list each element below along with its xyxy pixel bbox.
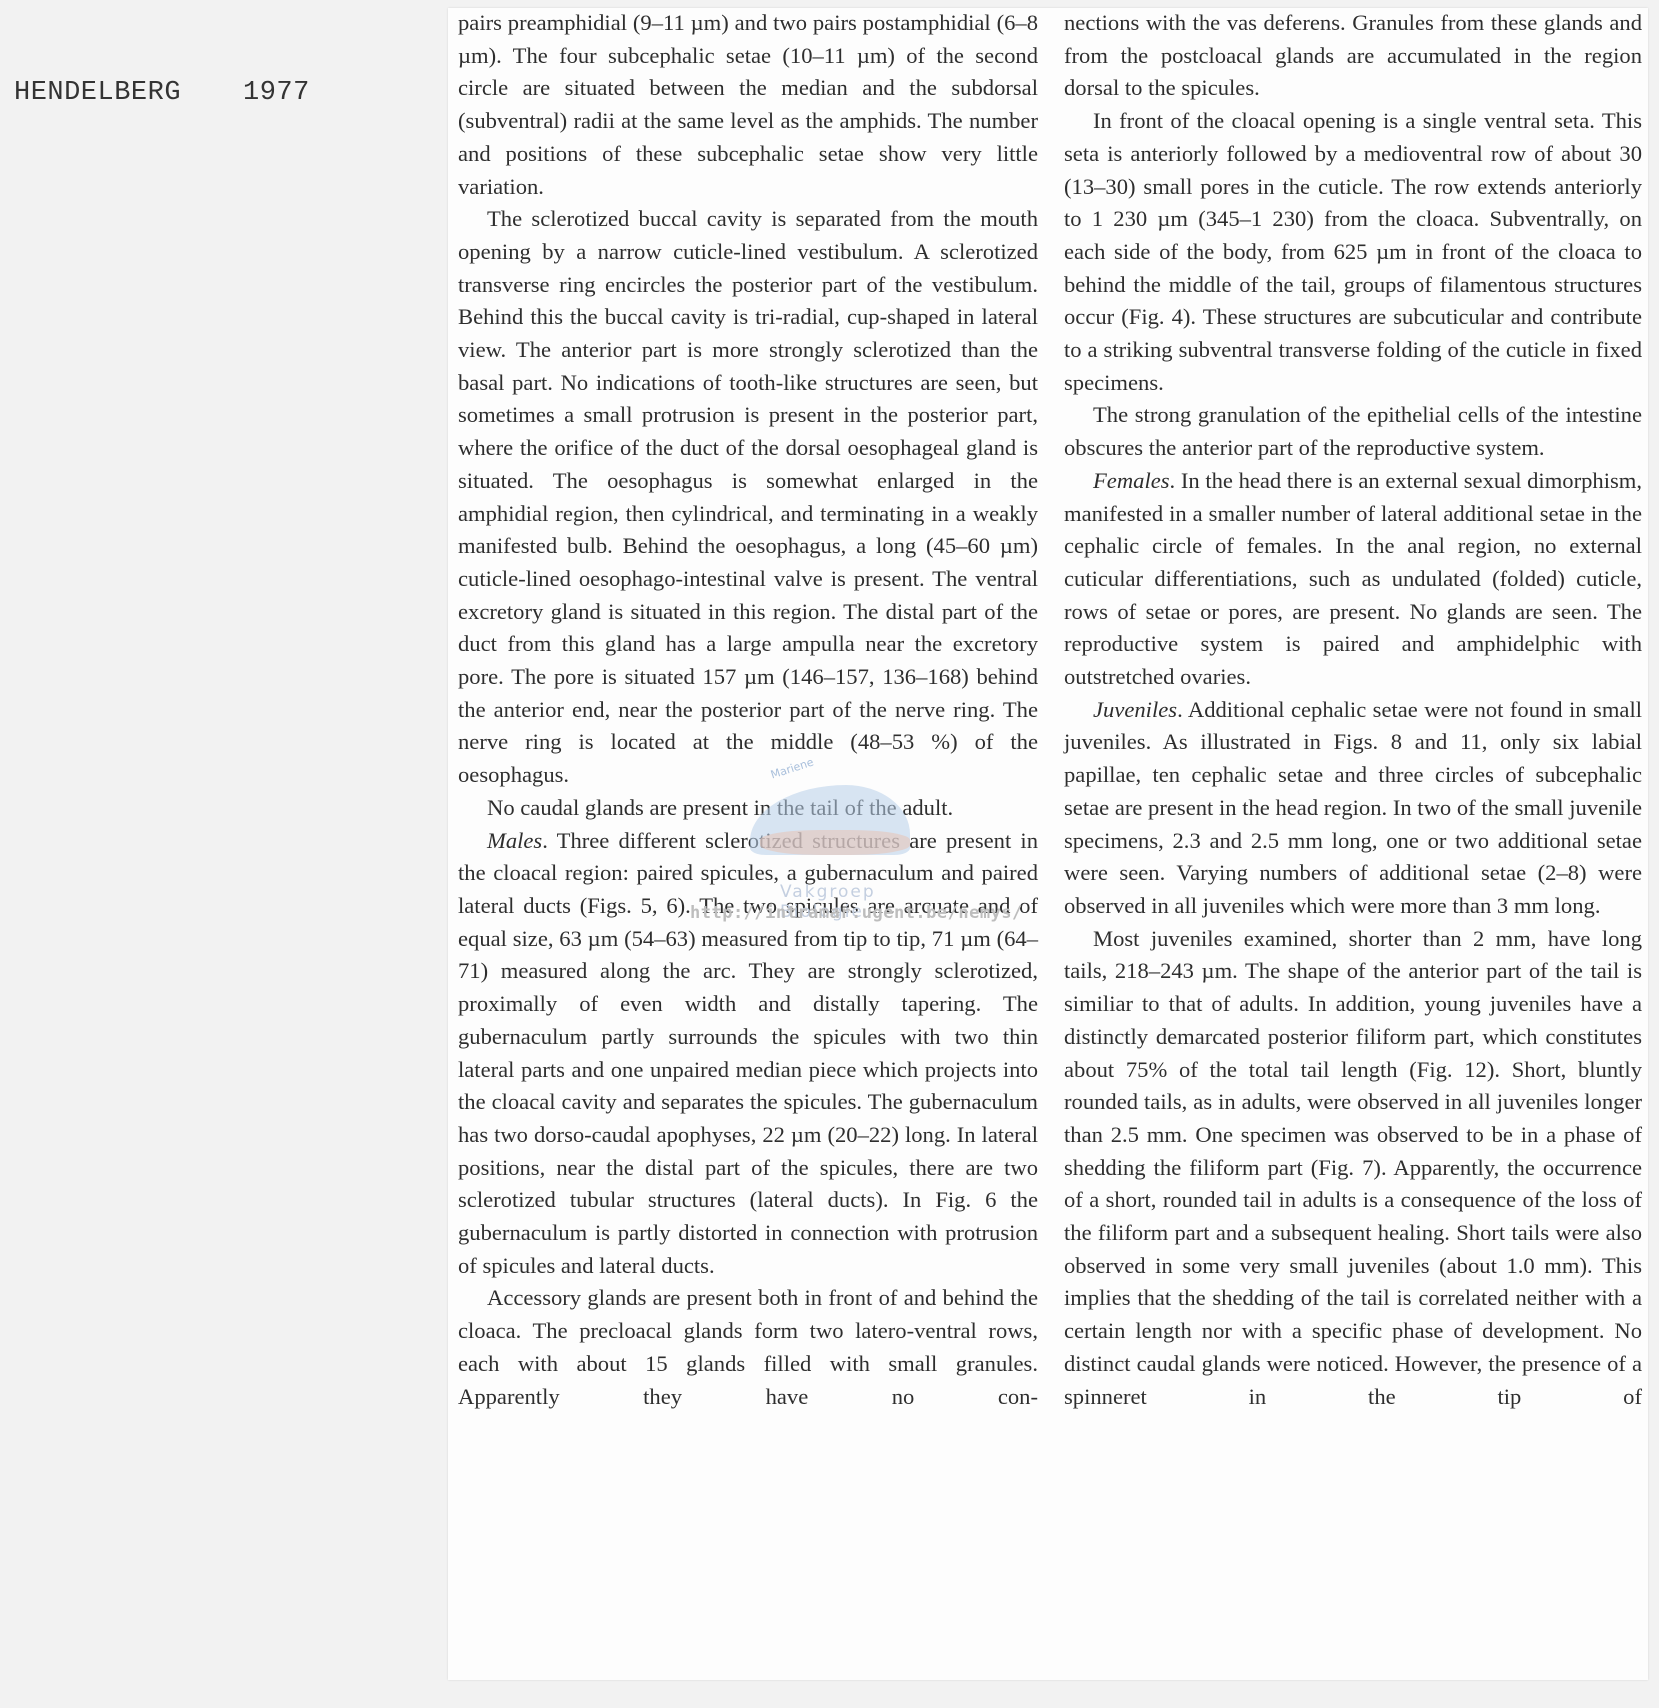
heading-females: Females (1093, 468, 1170, 493)
paragraph-cloacal-opening: In front of the cloacal opening is a sin… (1064, 105, 1642, 399)
heading-juveniles: Juveniles (1093, 697, 1177, 722)
males-text: . Three different sclerotized structures… (458, 828, 1038, 1278)
archive-stamp: HENDELBERG1977 (14, 78, 310, 108)
paragraph-accessory-glands: Accessory glands are present both in fro… (458, 1282, 1038, 1413)
females-text: . In the head there is an external sexua… (1064, 468, 1642, 689)
juveniles-text: . Additional cephalic setae were not fou… (1064, 697, 1642, 918)
heading-males: Males (487, 828, 542, 853)
paragraph-vas-deferens: nections with the vas deferens. Granules… (1064, 7, 1642, 105)
paragraph-buccal-cavity: The sclerotized buccal cavity is separat… (458, 203, 1038, 792)
paragraph-males: Males. Three different sclerotized struc… (458, 825, 1038, 1283)
stamp-year: 1977 (243, 78, 310, 108)
paragraph-females: Females. In the head there is an externa… (1064, 465, 1642, 694)
stamp-author: HENDELBERG (14, 78, 181, 108)
paragraph-intestine: The strong granulation of the epithelial… (1064, 399, 1642, 464)
paragraph-setae: pairs preamphidial (9–11 µm) and two pai… (458, 7, 1038, 203)
paragraph-juveniles: Juveniles. Additional cephalic setae wer… (1064, 694, 1642, 923)
text-column-right: nections with the vas deferens. Granules… (1064, 7, 1642, 1413)
paragraph-juvenile-tails: Most juveniles examined, shorter than 2 … (1064, 923, 1642, 1414)
paragraph-caudal-glands: No caudal glands are present in the tail… (458, 792, 1038, 825)
text-column-left: pairs preamphidial (9–11 µm) and two pai… (458, 7, 1038, 1413)
